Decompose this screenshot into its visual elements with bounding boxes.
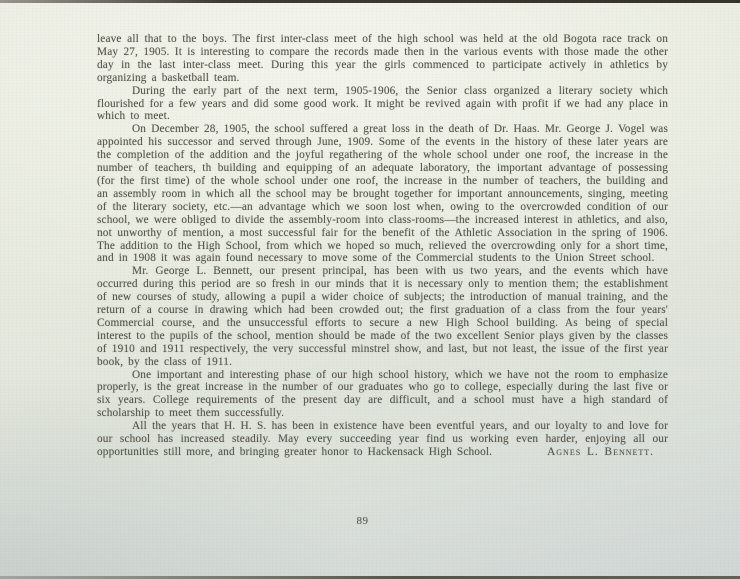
paragraph: One important and interesting phase of o… bbox=[97, 369, 668, 421]
page-text-block: leave all that to the boys. The first in… bbox=[97, 33, 668, 459]
paragraph-continuation: leave all that to the boys. The first in… bbox=[97, 33, 668, 85]
author-signature: Agnes L. Bennett. bbox=[512, 446, 654, 459]
photographed-book-page: leave all that to the boys. The first in… bbox=[0, 0, 740, 579]
paragraph-closing: All the years that H. H. S. has been in … bbox=[97, 420, 668, 459]
page-number: 89 bbox=[80, 515, 645, 527]
paragraph: During the early part of the next term, … bbox=[97, 85, 668, 124]
paragraph: On December 28, 1905, the school suffere… bbox=[97, 123, 668, 265]
paragraph: Mr. George L. Bennett, our present princ… bbox=[97, 265, 668, 368]
